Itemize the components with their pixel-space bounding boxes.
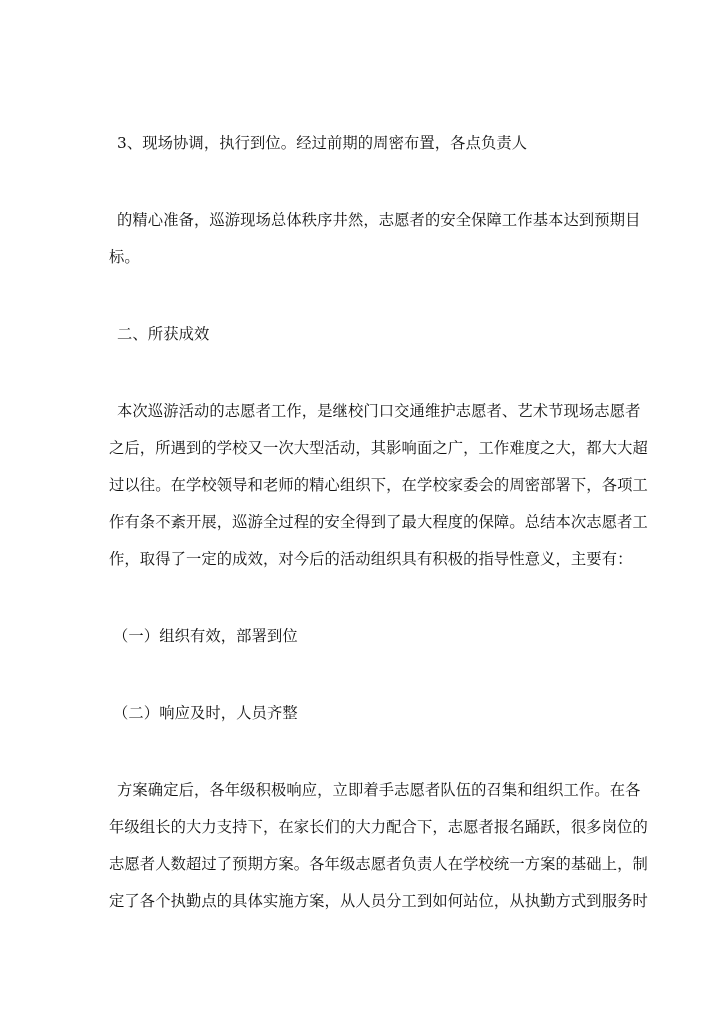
document-page: 3、现场协调，执行到位。经过前期的周密布置，各点负责人 的精心准备，巡游现场总体… bbox=[0, 0, 721, 1020]
paragraph-line: 3、现场协调，执行到位。经过前期的周密布置，各点负责人 bbox=[109, 133, 613, 153]
paragraph-line: 的精心准备，巡游现场总体秩序井然，志愿者的安全保障工作基本达到预期目 bbox=[109, 210, 613, 230]
paragraph-line: 过以往。在学校领导和老师的精心组织下，在学校家委会的周密部署下，各项工 bbox=[109, 475, 613, 495]
paragraph-line: 之后，所遇到的学校又一次大型活动，其影响面之广，工作难度之大，都大大超 bbox=[109, 438, 613, 458]
paragraph-line: 本次巡游活动的志愿者工作，是继校门口交通维护志愿者、艺术节现场志愿者 bbox=[109, 401, 613, 421]
paragraph-line: 方案确定后，各年级积极响应，立即着手志愿者队伍的召集和组织工作。在各 bbox=[109, 780, 613, 800]
paragraph-line: 作有条不紊开展，巡游全过程的安全得到了最大程度的保障。总结本次志愿者工 bbox=[109, 512, 613, 532]
paragraph-line: 年级组长的大力支持下，在家长们的大力配合下，志愿者报名踊跃，很多岗位的 bbox=[109, 817, 613, 837]
paragraph-line: 作，取得了一定的成效，对今后的活动组织具有积极的指导性意义，主要有： bbox=[109, 549, 613, 569]
paragraph-line: 定了各个执勤点的具体实施方案，从人员分工到如何站位，从执勤方式到服务时 bbox=[109, 891, 613, 911]
paragraph-line: 标。 bbox=[109, 247, 613, 267]
subheading: （一）组织有效，部署到位 bbox=[113, 626, 617, 646]
paragraph-line: 志愿者人数超过了预期方案。各年级志愿者负责人在学校统一方案的基础上，制 bbox=[109, 854, 613, 874]
section-heading: 二、所获成效 bbox=[109, 324, 613, 344]
subheading: （二）响应及时，人员齐整 bbox=[113, 703, 617, 723]
